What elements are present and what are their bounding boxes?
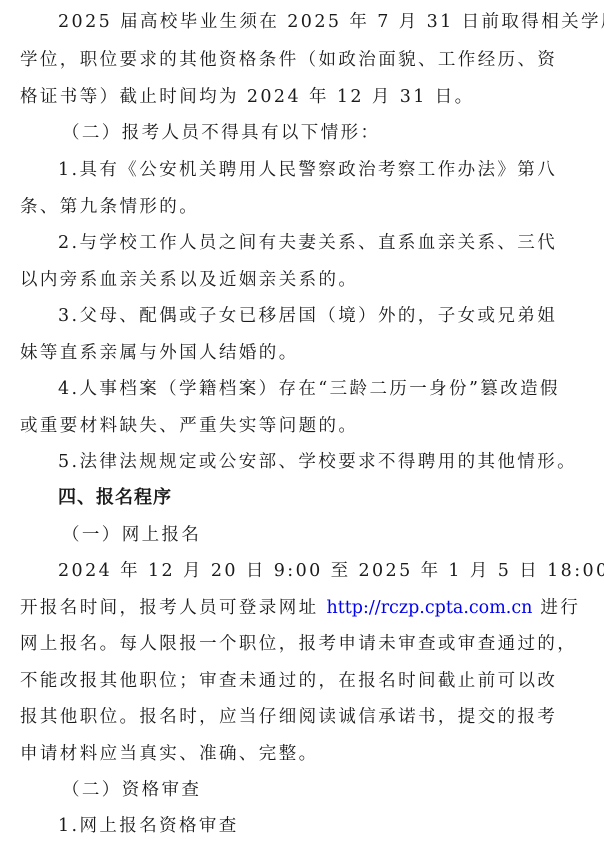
list-item-line: 条、第九条情形的。 <box>20 195 604 219</box>
document-page: 2025 届高校毕业生须在 2025 年 7 月 31 日前取得相关学历、 学位… <box>0 0 604 842</box>
list-item-line: 妹等直系亲属与外国人结婚的。 <box>20 341 604 365</box>
list-item-line: 4.人事档案（学籍档案）存在“三龄二历一身份”篡改造假 <box>58 377 604 401</box>
registration-url-link[interactable]: http://rczp.cpta.com.cn <box>326 598 532 618</box>
text-before-link: 开报名时间，报考人员可登录网址 <box>20 598 326 618</box>
list-item-line: 5.法律法规规定或公安部、学校要求不得聘用的其他情形。 <box>58 450 604 474</box>
sub-heading: （二）报考人员不得具有以下情形： <box>62 121 604 145</box>
list-item-line: 1.具有《公安机关聘用人民警察政治考察工作办法》第八 <box>58 158 604 182</box>
paragraph-line: 2025 届高校毕业生须在 2025 年 7 月 31 日前取得相关学历、 <box>58 10 604 34</box>
paragraph-line: 2024 年 12 月 20 日 9:00 至 2025 年 1 月 5 日 1… <box>58 559 604 583</box>
text-after-link: 进行 <box>532 598 580 618</box>
list-item-line: 2.与学校工作人员之间有夫妻关系、直系血亲关系、三代 <box>58 231 604 255</box>
list-item-line: 1.网上报名资格审查 <box>58 814 604 838</box>
paragraph-line-with-link: 开报名时间，报考人员可登录网址 http://rczp.cpta.com.cn … <box>20 596 604 620</box>
paragraph-line: 网上报名。每人限报一个职位，报考申请未审查或审查通过的， <box>20 632 604 656</box>
section-heading: 四、报名程序 <box>58 486 604 510</box>
paragraph-line: 申请材料应当真实、准确、完整。 <box>20 742 604 766</box>
list-item-line: 以内旁系血亲关系以及近姻亲关系的。 <box>20 268 604 292</box>
sub-heading: （二）资格审查 <box>62 778 604 802</box>
list-item-line: 或重要材料缺失、严重失实等问题的。 <box>20 414 604 438</box>
paragraph-line: 报其他职位。报名时，应当仔细阅读诚信承诺书，提交的报考 <box>20 705 604 729</box>
list-item-line: 3.父母、配偶或子女已移居国（境）外的，子女或兄弟姐 <box>58 304 604 328</box>
paragraph-line: 不能改报其他职位；审查未通过的，在报名时间截止前可以改 <box>20 669 604 693</box>
sub-heading: （一）网上报名 <box>62 523 604 547</box>
paragraph-line: 格证书等）截止时间均为 2024 年 12 月 31 日。 <box>20 85 604 109</box>
paragraph-line: 学位，职位要求的其他资格条件（如政治面貌、工作经历、资 <box>20 48 604 72</box>
